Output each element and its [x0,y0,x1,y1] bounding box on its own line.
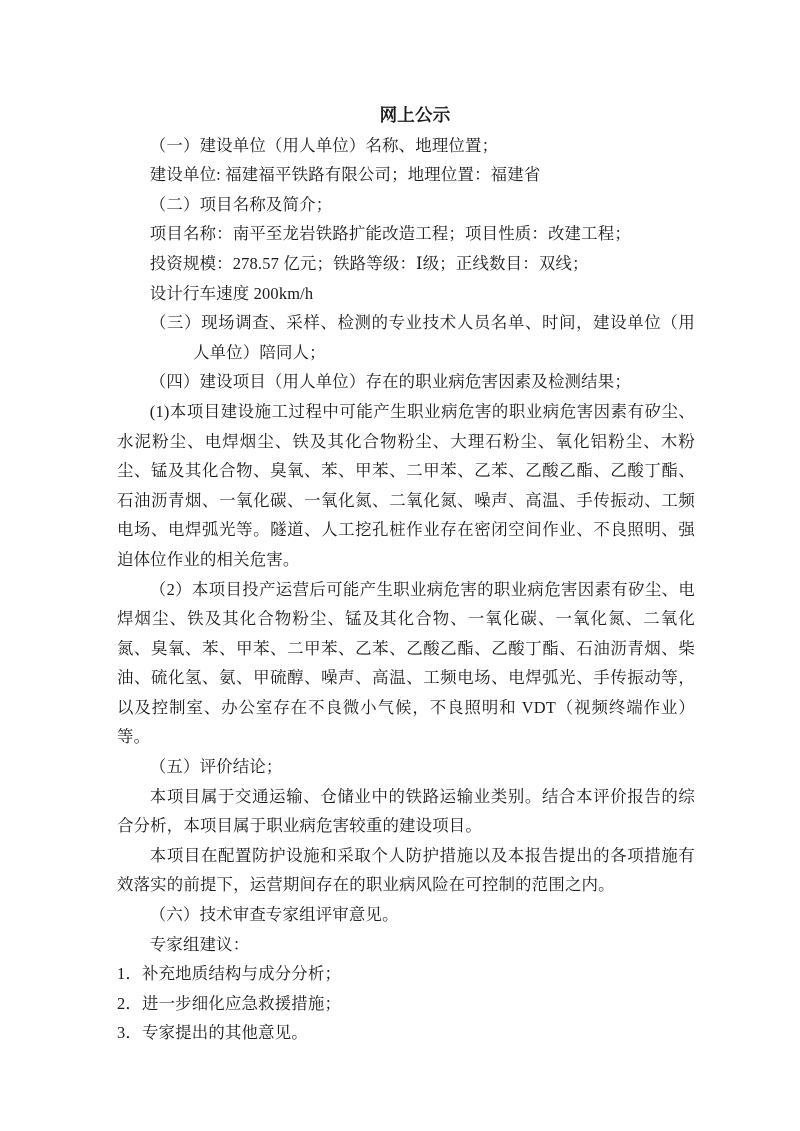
investment-line: 投资规模：278.57 亿元；铁路等级：Ⅰ级；正线数目：双线； [117,249,695,279]
page-title: 网上公示 [117,101,695,131]
section-3-heading: （三）现场调查、采样、检测的专业技术人员名单、时间，建设单位（用人单位）陪同人； [117,308,695,367]
section-1-heading: （一）建设单位（用人单位）名称、地理位置； [117,131,695,161]
construction-hazards-paragraph: (1)本项目建设施工过程中可能产生职业病危害的职业病危害因素有矽尘、水泥粉尘、电… [117,397,695,575]
section-4-heading: （四）建设项目（用人单位）存在的职业病危害因素及检测结果； [117,367,695,397]
risk-control-paragraph: 本项目在配置防护设施和采取个人防护措施以及本报告提出的各项措施有效落实的前提下，… [117,841,695,900]
project-name-line: 项目名称：南平至龙岩铁路扩能改造工程；项目性质：改建工程； [117,219,695,249]
design-speed-line: 设计行车速度 200km/h [117,279,695,309]
document-body: 网上公示 （一）建设单位（用人单位）名称、地理位置； 建设单位: 福建福平铁路有… [117,101,695,1048]
suggestion-item-3: 3．专家提出的其他意见。 [117,1018,695,1048]
document-page: 网上公示 （一）建设单位（用人单位）名称、地理位置； 建设单位: 福建福平铁路有… [0,0,800,1131]
section-5-heading: （五）评价结论； [117,752,695,782]
section-6-heading: （六）技术审查专家组评审意见。 [117,900,695,930]
operation-hazards-paragraph: （2）本项目投产运营后可能产生职业病危害的职业病危害因素有矽尘、电焊烟尘、铁及其… [117,575,695,753]
suggestion-item-1: 1．补充地质结构与成分分析； [117,959,695,989]
section-2-heading: （二）项目名称及简介； [117,190,695,220]
evaluation-conclusion-paragraph: 本项目属于交通运输、仓储业中的铁路运输业类别。结合本评价报告的综合分析，本项目属… [117,782,695,841]
expert-suggestions-label: 专家组建议： [117,930,695,960]
construction-unit-line: 建设单位: 福建福平铁路有限公司；地理位置：福建省 [117,160,695,190]
suggestion-item-2: 2．进一步细化应急救援措施； [117,989,695,1019]
